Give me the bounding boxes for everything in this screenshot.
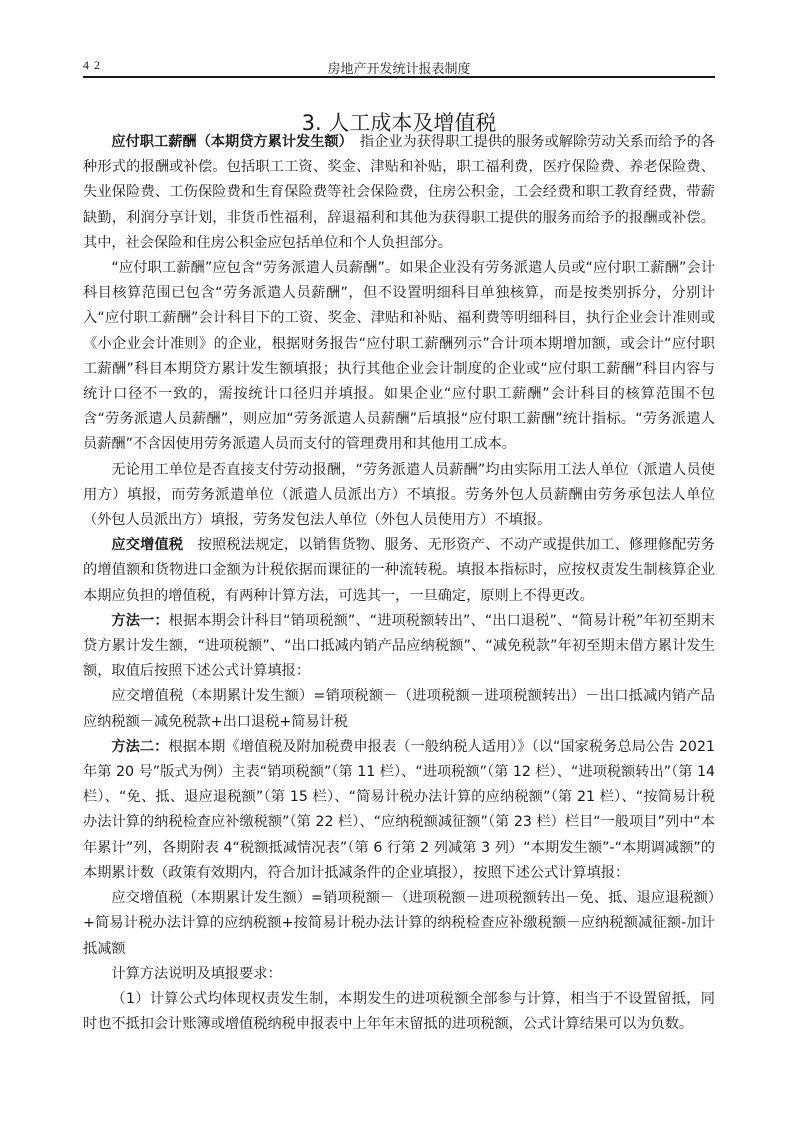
paragraph-method-two: 方法二：根据本期《增值税及附加税费申报表（一般纳税人适用）》（以“国家税务总局公… (83, 735, 715, 886)
term-vat: 应交增值税 (111, 537, 183, 553)
term-method-one: 方法一： (111, 613, 168, 629)
paragraph-payroll-definition: 应付职工薪酬（本期贷方累计发生额） 指企业为获得职工提供的服务或解除劳动关系而给… (83, 130, 715, 256)
paragraph-text: 无论用工单位是否直接支付劳动报酬，“劳务派遣人员薪酬”均由实际用工法人单位（派遣… (83, 462, 715, 528)
paragraph-text: “应付职工薪酬”应包含“劳务派遣人员薪酬”。如果企业没有劳务派遣人员或“应付职工… (83, 260, 715, 452)
paragraph-text: 指企业为获得职工提供的服务或解除劳动关系而给予的各种形式的报酬或补偿。包括职工工… (83, 134, 715, 251)
formula-text: 应交增值税（本期累计发生额）=销项税额－（进项税额－进项税额转出－免、抵、退应退… (83, 890, 715, 956)
page-header: 42 房地产开发统计报表制度 (83, 58, 715, 78)
paragraph-text: （1）计算公式均体现权责发生制，本期发生的进项税额全部参与计算，相当于不设置留抵… (83, 991, 715, 1032)
term-method-two: 方法二： (111, 739, 168, 755)
paragraph-dispatch-reporting: 无论用工单位是否直接支付劳动报酬，“劳务派遣人员薪酬”均由实际用工法人单位（派遣… (83, 458, 715, 534)
paragraph-payroll-dispatch: “应付职工薪酬”应包含“劳务派遣人员薪酬”。如果企业没有劳务派遣人员或“应付职工… (83, 256, 715, 458)
paragraph-vat-definition: 应交增值税 按照税法规定，以销售货物、服务、无形资产、不动产或提供加工、修理修配… (83, 533, 715, 609)
running-title: 房地产开发统计报表制度 (83, 58, 715, 77)
paragraph-text: 根据本期会计科目“销项税额”、“进项税额转出”、“出口退税”、“简易计税”年初至… (83, 613, 715, 679)
paragraph-text: 根据本期《增值税及附加税费申报表（一般纳税人适用）》（以“国家税务总局公告 20… (83, 739, 715, 881)
paragraph-formula-two: 应交增值税（本期累计发生额）=销项税额－（进项税额－进项税额转出－免、抵、退应退… (83, 886, 715, 962)
paragraph-note-one: （1）计算公式均体现权责发生制，本期发生的进项税额全部参与计算，相当于不设置留抵… (83, 987, 715, 1037)
paragraph-text: 计算方法说明及填报要求： (111, 966, 281, 982)
document-body: 应付职工薪酬（本期贷方累计发生额） 指企业为获得职工提供的服务或解除劳动关系而给… (83, 130, 715, 1037)
paragraph-method-one: 方法一：根据本期会计科目“销项税额”、“进项税额转出”、“出口退税”、“简易计税… (83, 609, 715, 685)
paragraph-formula-one: 应交增值税（本期累计发生额）=销项税额－（进项税额－进项税额转出）－出口抵减内销… (83, 684, 715, 734)
paragraph-notes-heading: 计算方法说明及填报要求： (83, 962, 715, 987)
term-payroll: 应付职工薪酬（本期贷方累计发生额） (111, 134, 345, 150)
formula-text: 应交增值税（本期累计发生额）=销项税额－（进项税额－进项税额转出）－出口抵减内销… (83, 688, 715, 729)
